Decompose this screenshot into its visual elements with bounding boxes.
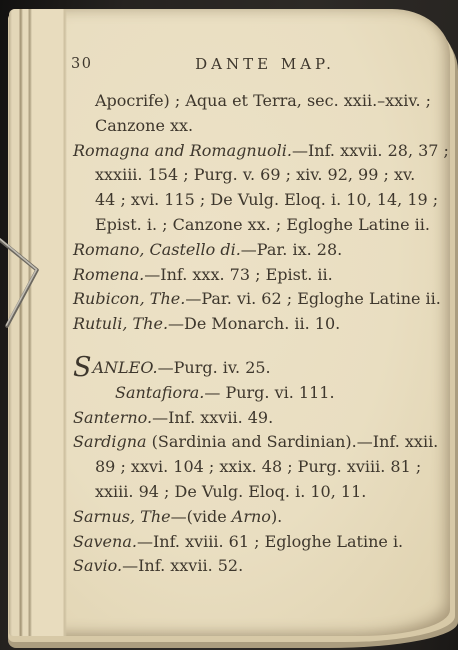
index-entry-line: Romano, Castello di.—Par. ix. 28. [69,238,458,263]
index-entry-line: Savio.—Inf. xxvii. 52. [69,554,458,579]
entry-segment: Sardigna [73,432,147,451]
entry-segment: 44 ; xvi. 115 ; De Vulg. Eloq. i. 10, 14… [95,190,438,209]
entry-segment: Arno [232,507,271,526]
index-entry-line: Santafiora.— Purg. vi. 111. [69,381,458,406]
entry-segment: Romano, Castello di. [73,240,241,259]
wire-page-holder [0,228,54,332]
entry-segment: Apocrife) ; Aqua et Terra, sec. xxii.–xx… [95,91,431,110]
entry-segment: Romena. [73,265,144,284]
index-entry-line: 44 ; xvi. 115 ; De Vulg. Eloq. i. 10, 14… [69,188,458,213]
page-number: 30 [71,56,92,72]
page-text: 30 DANTE MAP. Apocrife) ; Aqua et Terra,… [69,55,458,579]
index-entry-line: Sardigna (Sardinia and Sardinian).—Inf. … [69,430,458,455]
entry-segment: Epist. i. ; Canzone xx. ; Egloghe Latine… [95,215,430,234]
entry-segment: Santafiora. [115,383,204,402]
entry-segment: — Purg. vi. 111. [204,383,334,402]
entry-segment: Savena. [73,532,137,551]
entry-segment: —Inf. xxvii. 49. [152,408,273,427]
index-entry-line: Sarnus, The—(vide Arno). [69,505,458,530]
entry-segment: —Inf. xxx. 73 ; Epist. ii. [144,265,332,284]
entry-segment: —Inf. xxvii. 28, 37 ; [292,141,449,160]
book-page: 30 DANTE MAP. Apocrife) ; Aqua et Terra,… [9,9,450,636]
index-entry-line: Santerno.—Inf. xxvii. 49. [69,406,458,431]
entry-segment: —Inf. xxvii. 52. [122,556,243,575]
index-entry-line: Romagna and Romagnuoli.—Inf. xxvii. 28, … [69,139,458,164]
entry-segment: —Par. vi. 62 ; Egloghe Latine ii. [185,289,441,308]
entry-segment: Santerno. [73,408,152,427]
entry-segment: —Inf. xviii. 61 ; Egloghe Latine i. [137,532,403,551]
entry-segment: 89 ; xxvi. 104 ; xxix. 48 ; Purg. xviii.… [95,457,421,476]
index-entry-line: Epist. i. ; Canzone xx. ; Egloghe Latine… [69,213,458,238]
entry-segment: S [73,352,93,383]
entry-segment: Rutuli, The. [73,314,168,333]
entry-segment: Rubicon, The. [73,289,185,308]
index-entry-line: Rutuli, The.—De Monarch. ii. 10. [69,312,458,337]
index-entry-line: Romena.—Inf. xxx. 73 ; Epist. ii. [69,263,458,288]
index-entry-line: Rubicon, The.—Par. vi. 62 ; Egloghe Lati… [69,287,458,312]
index-entry-line: Canzone xx. [69,114,458,139]
index-entry-line: xxxiii. 154 ; Purg. v. 69 ; xiv. 92, 99 … [69,163,458,188]
entry-segment: —De Monarch. ii. 10. [168,314,340,333]
entry-segment: xxiii. 94 ; De Vulg. Eloq. i. 10, 11. [95,482,366,501]
page-title: DANTE MAP. [69,55,458,73]
index-entry-line: xxiii. 94 ; De Vulg. Eloq. i. 10, 11. [69,480,458,505]
entry-segment: xxxiii. 154 ; Purg. v. 69 ; xiv. 92, 99 … [95,165,415,184]
index-entry-line: 89 ; xxvi. 104 ; xxix. 48 ; Purg. xviii.… [69,455,458,480]
entry-segment: —Par. ix. 28. [241,240,342,259]
index-entries: Apocrife) ; Aqua et Terra, sec. xxii.–xx… [69,89,458,579]
entry-segment: ANLEO. [93,358,158,377]
photo-background: 30 DANTE MAP. Apocrife) ; Aqua et Terra,… [0,0,458,650]
entry-segment: (Sardinia and Sardinian).—Inf. xxii. [147,432,439,451]
index-entry-line: SANLEO.—Purg. iv. 25. [69,356,458,381]
entry-segment: —Purg. iv. 25. [158,358,271,377]
index-entry-line: Apocrife) ; Aqua et Terra, sec. xxii.–xx… [69,89,458,114]
entry-segment: Sarnus, The [73,507,171,526]
entry-segment: Romagna and Romagnuoli. [73,141,292,160]
page-header: 30 DANTE MAP. [69,55,458,73]
entry-segment: Canzone xx. [95,116,193,135]
index-entry-line: Savena.—Inf. xviii. 61 ; Egloghe Latine … [69,530,458,555]
entry-segment: Savio. [73,556,122,575]
entry-segment: —(vide [171,507,232,526]
entry-segment: ). [271,507,282,526]
